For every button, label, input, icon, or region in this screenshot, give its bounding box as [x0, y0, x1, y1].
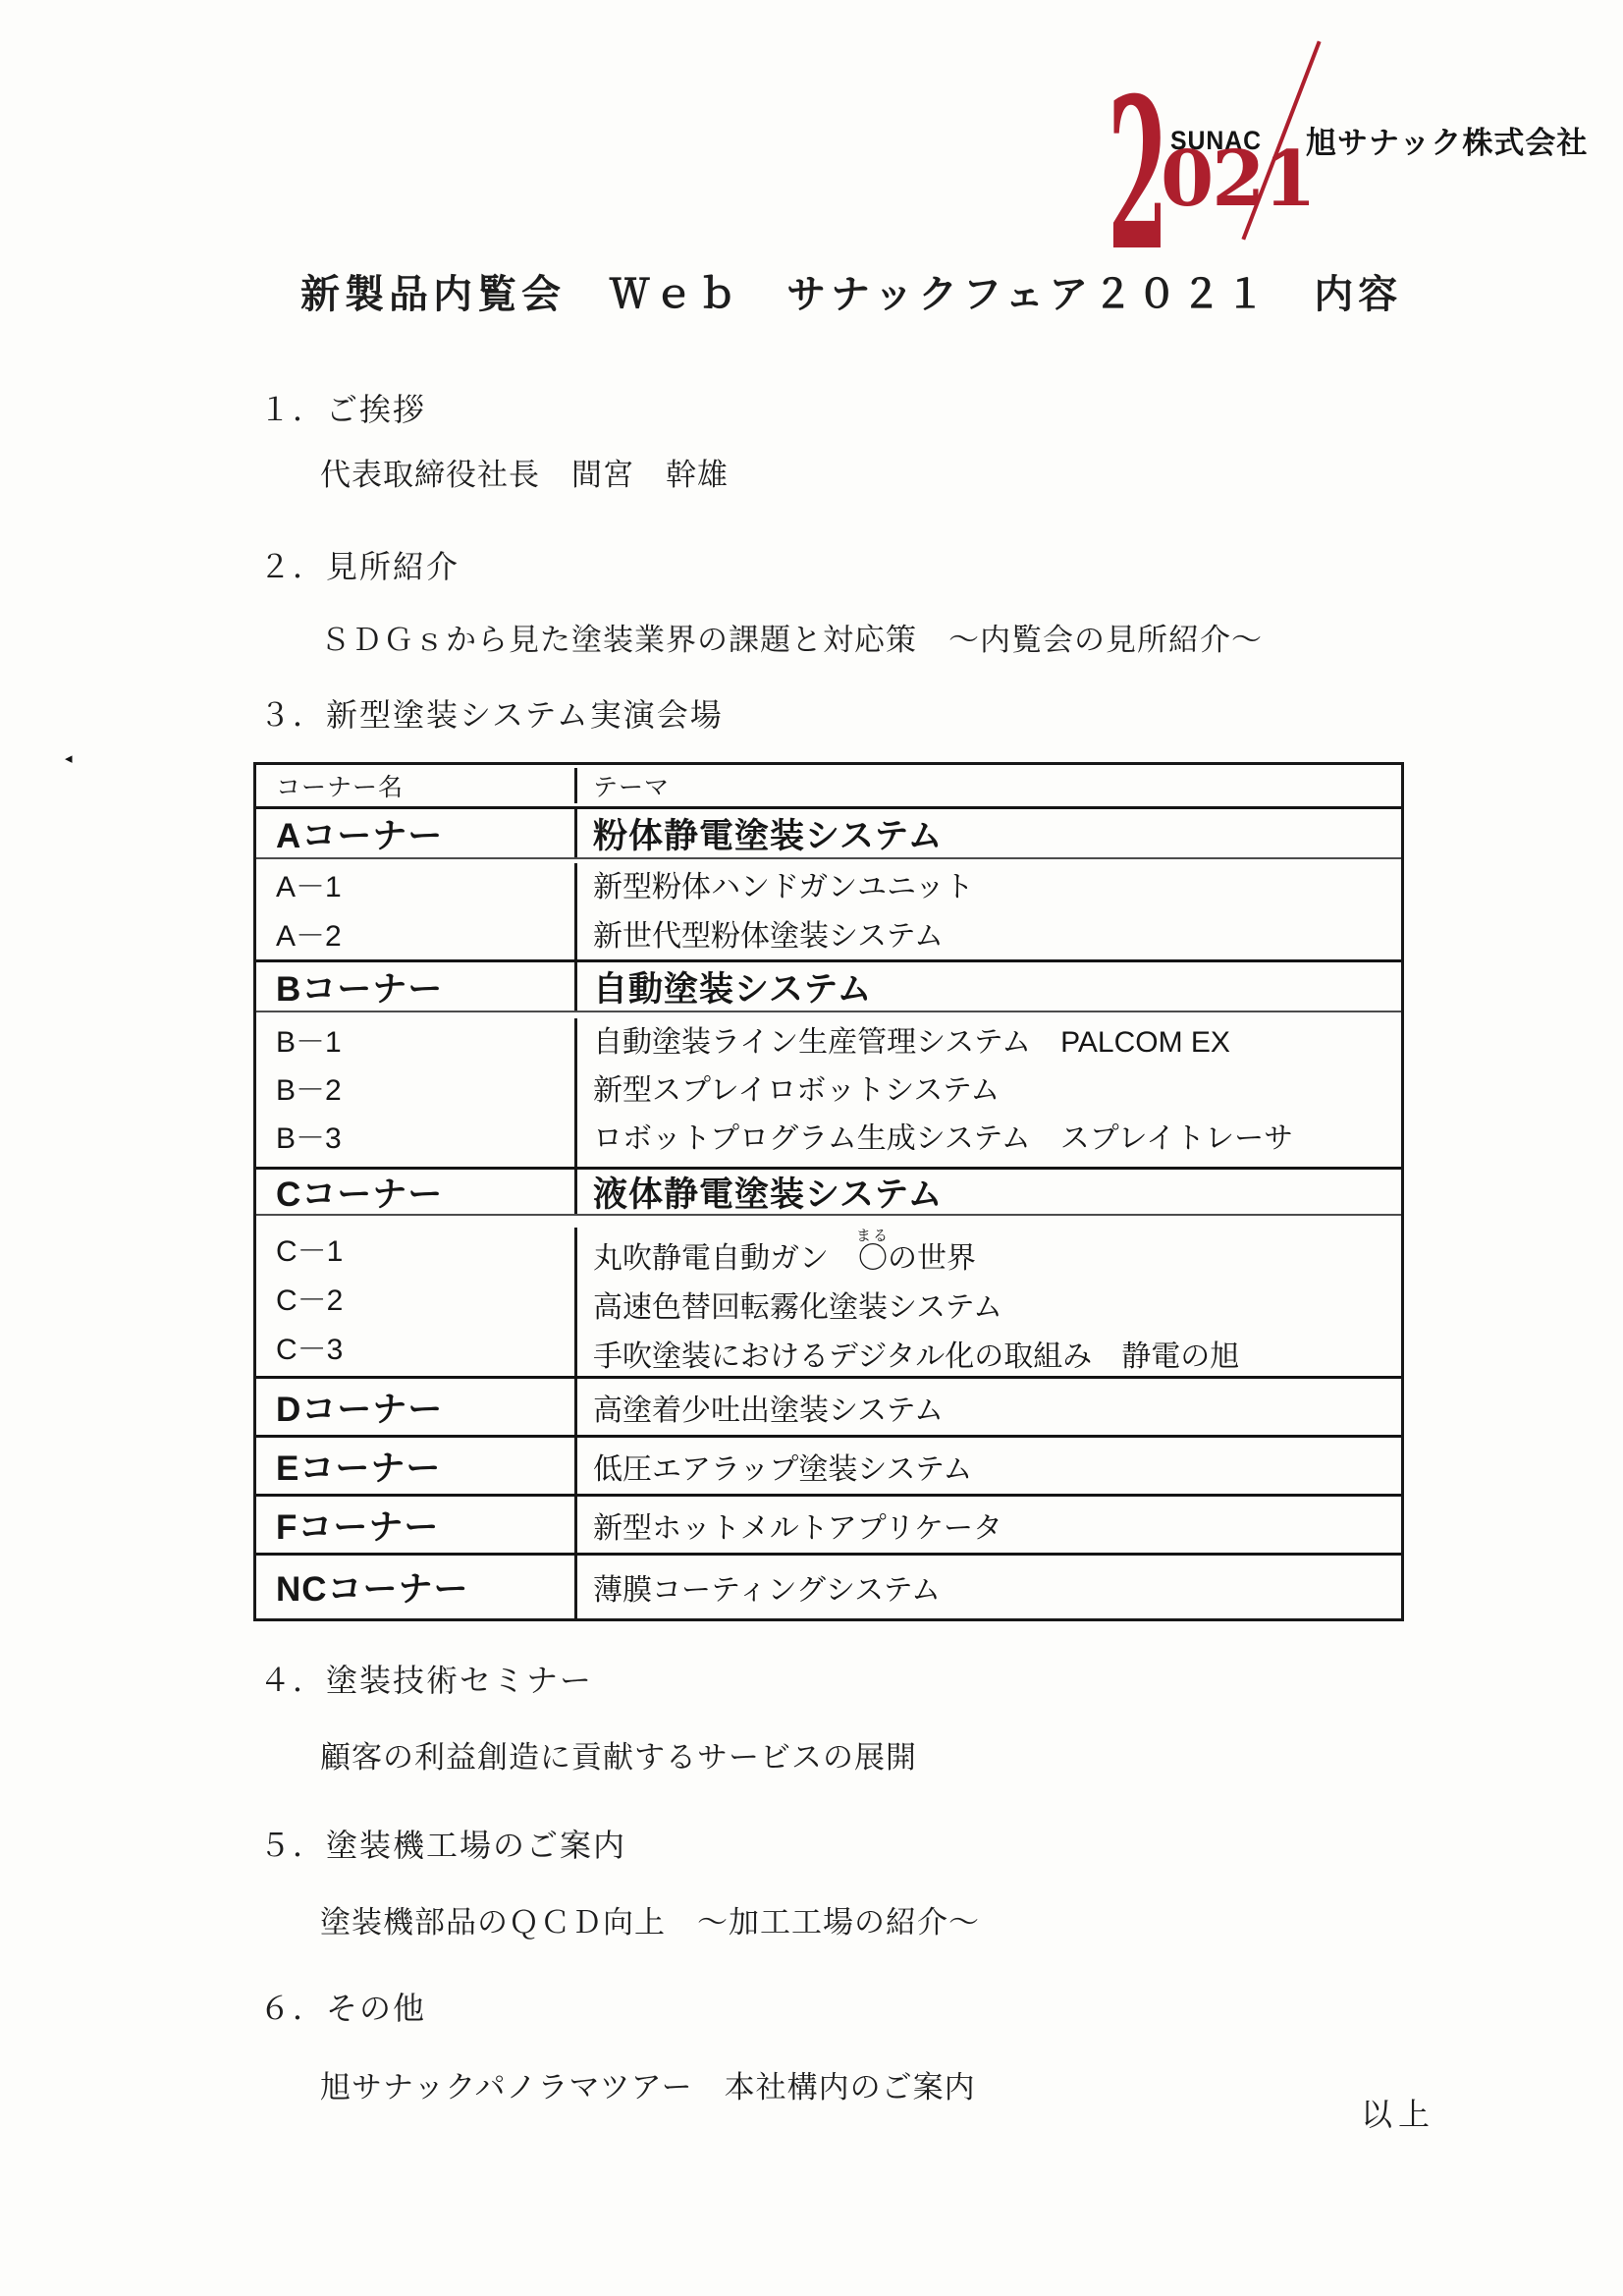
corner-cell: NCコーナー — [256, 1556, 577, 1618]
theme-header: テーマ — [577, 768, 1401, 803]
page-title: 新製品内覧会 Ｗｅｂ サナックフェア２０２１ 内容 — [300, 263, 1402, 319]
item-corner: C－1 — [276, 1228, 574, 1277]
section-5-detail: 塗装機部品のＱＣＤ向上 ～加工工場の紹介～ — [320, 1897, 980, 1941]
item-corner: C－3 — [276, 1326, 574, 1375]
table-section-row-b: Bコーナー 自動塗装システム — [256, 959, 1401, 1011]
table-section-row-a: Aコーナー 粉体静電塗装システム — [256, 806, 1401, 857]
section-4-detail: 顧客の利益創造に貢献するサービスの展開 — [320, 1732, 917, 1777]
theme-cell: 高塗着少吐出塗装システム — [577, 1379, 1401, 1435]
theme-prefix: 丸吹静電自動ガン — [593, 1242, 858, 1275]
section-1-heading: １．ご挨拶 — [259, 385, 426, 430]
maru-ruby: 〇まる — [858, 1242, 888, 1275]
item-theme: ロボットプログラム生成システム スプレイトレーサ — [593, 1115, 1401, 1163]
section-4-heading: ４．塗装技術セミナー — [259, 1656, 593, 1701]
corner-cell: B－1 B－2 B－3 — [256, 1018, 577, 1167]
scan-artifact-triangle: ◂ — [65, 749, 73, 768]
theme-cell: 自動塗装システム — [577, 962, 1401, 1011]
theme-cell: 新型ホットメルトアプリケータ — [577, 1497, 1401, 1553]
corner-name-header: コーナー名 — [256, 768, 577, 803]
table-items-row-b: B－1 B－2 B－3 自動塗装ライン生産管理システム PALCOM EX 新型… — [256, 1011, 1401, 1167]
item-theme: 新型スプレイロボットシステム — [593, 1066, 1401, 1115]
item-theme: 新世代型粉体塗装システム — [593, 912, 1401, 961]
section-6-heading: ６．その他 — [259, 1984, 426, 2029]
item-corner: B－2 — [276, 1066, 574, 1115]
logo-numeral-2-icon: 2 — [1108, 71, 1168, 279]
theme-cell: 新型粉体ハンドガンユニット 新世代型粉体塗装システム — [577, 863, 1401, 959]
item-theme-with-ruby: 丸吹静電自動ガン 〇まるの世界 — [593, 1228, 1401, 1284]
item-corner: C－2 — [276, 1277, 574, 1326]
table-header-row: コーナー名 テーマ — [256, 765, 1401, 806]
table-section-row-c: Cコーナー 液体静電塗装システム — [256, 1167, 1401, 1214]
item-corner: A－1 — [276, 863, 574, 912]
theme-cell: 粉体静電塗装システム — [577, 809, 1401, 857]
theme-cell: 液体静電塗装システム — [577, 1170, 1401, 1214]
corner-cell: Bコーナー — [256, 962, 577, 1011]
theme-cell: 低圧エアラップ塗装システム — [577, 1438, 1401, 1494]
ruby-base: 〇 — [856, 1242, 890, 1275]
table-row-nc: NCコーナー 薄膜コーティングシステム — [256, 1553, 1401, 1618]
scanned-document-page: ◂ 2 SUNAC 021 旭サナック株式会社 新製品内覧会 Ｗｅｂ サナックフ… — [0, 0, 1623, 2296]
section-2-heading: ２．見所紹介 — [259, 542, 460, 587]
theme-cell: 丸吹静電自動ガン 〇まるの世界 高速色替回転霧化塗装システム 手吹塗装におけるデ… — [577, 1228, 1401, 1376]
corner-cell: Aコーナー — [256, 809, 577, 857]
corner-cell: A－1 A－2 — [256, 863, 577, 959]
item-theme: 高速色替回転霧化塗装システム — [593, 1284, 1401, 1333]
theme-suffix: の世界 — [888, 1242, 976, 1275]
section-6-detail: 旭サナックパノラマツアー 本社構内のご案内 — [320, 2062, 976, 2106]
item-theme: 自動塗装ライン生産管理システム PALCOM EX — [593, 1018, 1401, 1066]
item-theme: 手吹塗装におけるデジタル化の取組み 静電の旭 — [593, 1333, 1401, 1382]
corner-cell: Fコーナー — [256, 1497, 577, 1553]
table-items-row-a: A－1 A－2 新型粉体ハンドガンユニット 新世代型粉体塗装システム — [256, 857, 1401, 959]
table-row-f: Fコーナー 新型ホットメルトアプリケータ — [256, 1494, 1401, 1553]
item-theme: 新型粉体ハンドガンユニット — [593, 863, 1401, 912]
section-5-heading: ５．塗装機工場のご案内 — [259, 1821, 626, 1866]
closing-mark: 以上 — [1361, 2090, 1435, 2135]
table-items-row-c: C－1 C－2 C－3 丸吹静電自動ガン 〇まるの世界 高速色替回転霧化塗装シス… — [256, 1214, 1401, 1376]
sunac-2021-logo: 2 SUNAC 021 旭サナック株式会社 — [1108, 59, 1530, 250]
corner-cell: Eコーナー — [256, 1438, 577, 1494]
table-row-d: Dコーナー 高塗着少吐出塗装システム — [256, 1376, 1401, 1435]
theme-cell: 自動塗装ライン生産管理システム PALCOM EX 新型スプレイロボットシステム… — [577, 1018, 1401, 1167]
section-3-heading: ３．新型塗装システム実演会場 — [259, 690, 724, 736]
company-name: 旭サナック株式会社 — [1306, 118, 1588, 162]
item-corner: A－2 — [276, 912, 574, 961]
ruby-furigana: まる — [856, 1228, 890, 1244]
corner-cell: Cコーナー — [256, 1170, 577, 1214]
item-corner: B－1 — [276, 1018, 574, 1066]
corner-cell: Dコーナー — [256, 1379, 577, 1435]
section-2-detail: ＳＤＧｓから見た塗装業界の課題と対応策 ～内覧会の見所紹介～ — [320, 615, 1263, 659]
table-row-e: Eコーナー 低圧エアラップ塗装システム — [256, 1435, 1401, 1494]
demo-corner-table: コーナー名 テーマ Aコーナー 粉体静電塗装システム A－1 A－2 新型粉体ハ… — [253, 762, 1404, 1621]
logo-year-digits: 021 — [1161, 141, 1315, 218]
corner-cell: C－1 C－2 C－3 — [256, 1228, 577, 1376]
section-1-detail: 代表取締役社長 間宮 幹雄 — [320, 450, 729, 494]
theme-cell: 薄膜コーティングシステム — [577, 1556, 1401, 1618]
item-corner: B－3 — [276, 1115, 574, 1163]
